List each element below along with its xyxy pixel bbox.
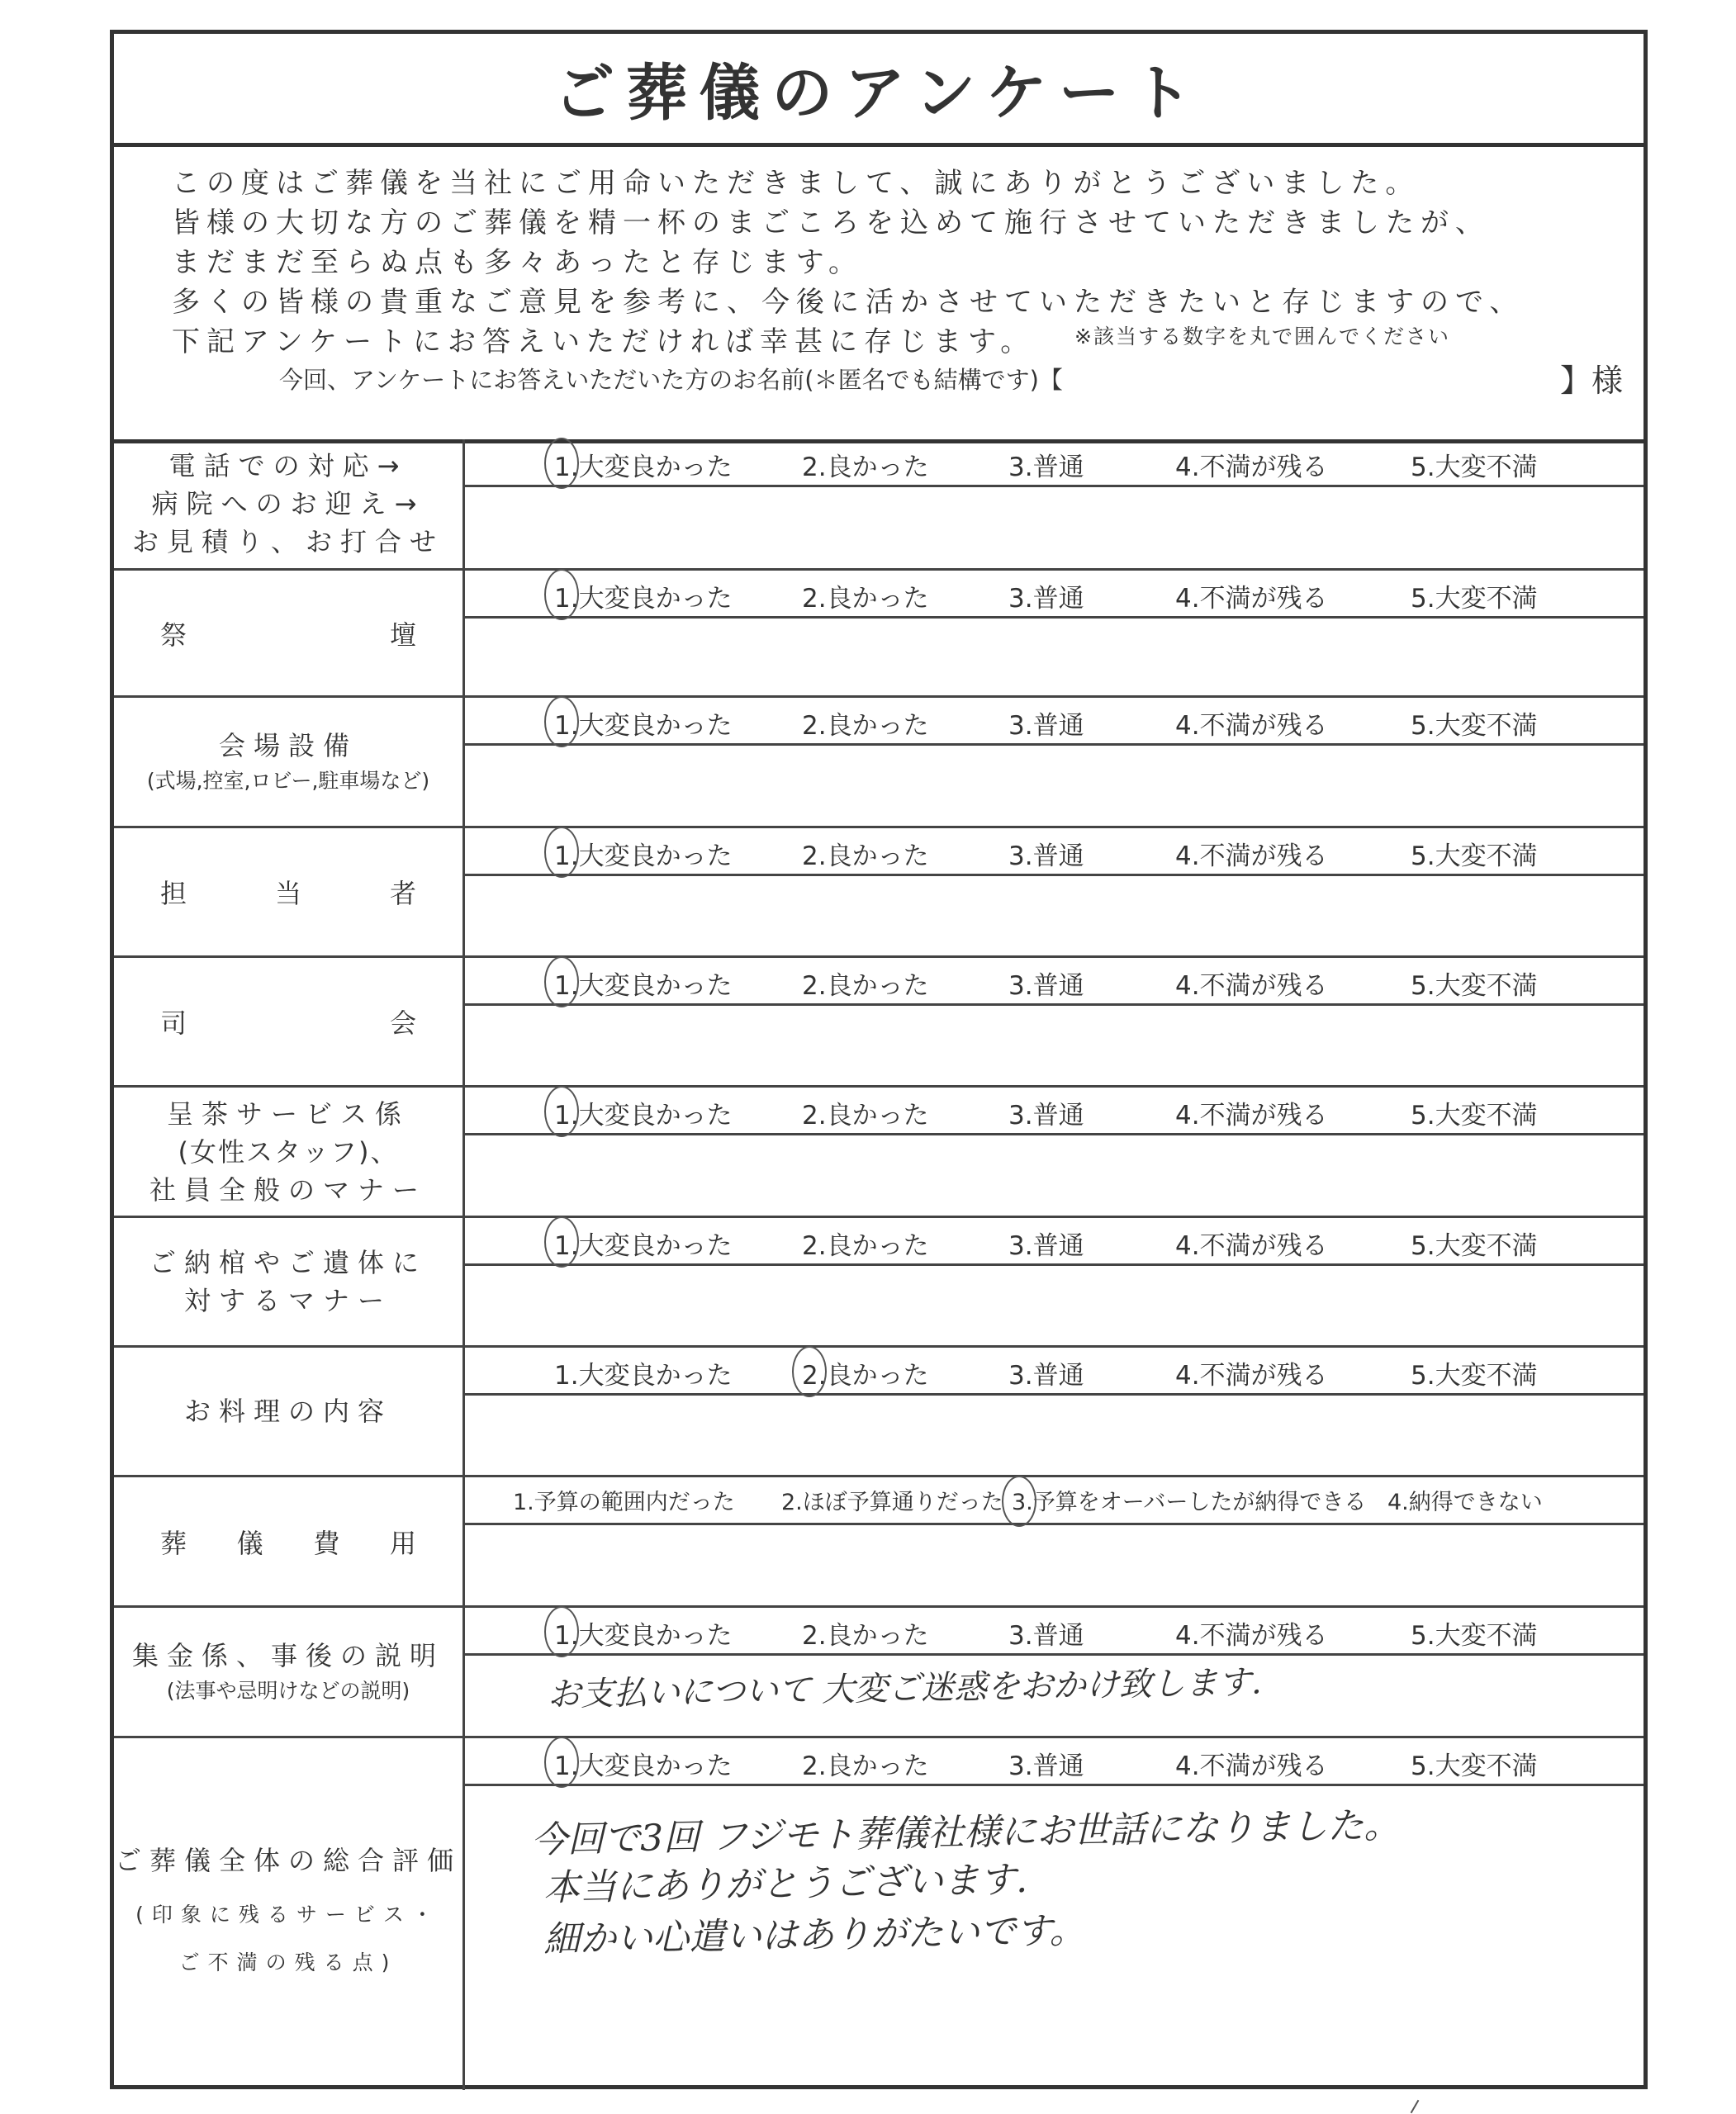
comment-area[interactable]: [465, 487, 1644, 568]
question-label-text: 担当者: [160, 873, 416, 911]
question-label-text: 司会: [160, 1002, 416, 1040]
rating-option-selected[interactable]: 1.大変良かった: [554, 1225, 733, 1262]
label-char: 司: [160, 1002, 187, 1040]
question-label-text: 電話での対応→: [169, 447, 408, 485]
rating-options: 1.予算の範囲内だった2.ほぼ予算通りだった3.予算をオーバーしたが納得できる4…: [465, 1477, 1644, 1525]
rating-option[interactable]: 4.不満が残る: [1175, 835, 1328, 872]
survey-row: 呈茶サービス係(女性スタッフ)、社員全般のマナー1.大変良かった2.良かった3.…: [114, 1088, 1644, 1218]
instruction-note: ※該当する数字を丸で囲んでください: [1074, 320, 1450, 350]
label-char: 壇: [390, 614, 416, 652]
rating-option-selected[interactable]: 1.大変良かった: [554, 965, 733, 1002]
survey-row: 担当者1.大変良かった2.良かった3.普通4.不満が残る5.大変不満: [114, 828, 1644, 958]
comment-area[interactable]: [465, 1525, 1644, 1605]
rating-option[interactable]: 3.普通: [1008, 446, 1084, 483]
question-label: 集金係、事後の説明(法事や忌明けなどの説明): [114, 1608, 465, 1736]
rating-options: 1.大変良かった2.良かった3.普通4.不満が残る5.大変不満: [465, 1088, 1644, 1135]
comment-area[interactable]: お支払いについて 大変ご迷惑をおかけ致します.: [465, 1656, 1644, 1736]
question-label-text: ご葬儀全体の総合評価: [115, 1841, 462, 1879]
question-label-text: 会場設備: [219, 727, 358, 765]
handwritten-comment: 本当にありがとうございます.: [543, 1850, 1027, 1911]
rating-option-selected[interactable]: 1.大変良かった: [554, 1094, 733, 1131]
question-label: 呈茶サービス係(女性スタッフ)、社員全般のマナー: [114, 1088, 465, 1216]
rating-options: 1.大変良かった2.良かった3.普通4.不満が残る5.大変不満: [465, 1738, 1644, 1786]
rating-options: 1.大変良かった2.良かった3.普通4.不満が残る5.大変不満: [465, 1608, 1644, 1656]
label-char: 会: [390, 1002, 416, 1040]
title-bar: ご葬儀のアンケート: [114, 34, 1644, 147]
label-char: 用: [390, 1523, 416, 1561]
label-char: 当: [275, 873, 301, 911]
rating-option[interactable]: 4.不満が残る: [1175, 965, 1328, 1002]
rating-options: 1.大変良かった2.良かった3.普通4.不満が残る5.大変不満: [465, 698, 1644, 746]
rating-option[interactable]: 5.大変不満: [1411, 446, 1538, 483]
comment-area[interactable]: [465, 1396, 1644, 1475]
rating-option[interactable]: 2.良かった: [802, 704, 929, 742]
survey-row: ご納棺やご遺体に対するマナー1.大変良かった2.良かった3.普通4.不満が残る5…: [114, 1218, 1644, 1348]
rating-option[interactable]: 5.大変不満: [1411, 835, 1538, 872]
rating-option[interactable]: 5.大変不満: [1411, 1094, 1538, 1131]
comment-area[interactable]: [465, 1266, 1644, 1345]
comment-area[interactable]: [465, 1006, 1644, 1085]
rating-option[interactable]: 5.大変不満: [1411, 704, 1538, 742]
rating-option[interactable]: 4.納得できない: [1387, 1484, 1543, 1516]
rating-option-selected[interactable]: 2.良かった: [802, 1354, 929, 1391]
rating-option[interactable]: 3.普通: [1008, 965, 1084, 1002]
rating-option[interactable]: 4.不満が残る: [1175, 704, 1328, 742]
question-label-text: 呈茶サービス係: [167, 1095, 410, 1133]
survey-row: 葬儀費用1.予算の範囲内だった2.ほぼ予算通りだった3.予算をオーバーしたが納得…: [114, 1477, 1644, 1608]
rating-option[interactable]: 3.普通: [1008, 704, 1084, 742]
question-sublabel: (式場,控室,ロビー,駐車場など): [147, 765, 429, 798]
survey-row: 会場設備(式場,控室,ロビー,駐車場など)1.大変良かった2.良かった3.普通4…: [114, 698, 1644, 828]
rating-option-selected[interactable]: 1.大変良かった: [554, 577, 733, 614]
rating-option[interactable]: 2.良かった: [802, 1225, 929, 1262]
rating-option[interactable]: 5.大変不満: [1411, 1745, 1538, 1782]
rating-option[interactable]: 3.普通: [1008, 1354, 1084, 1391]
stray-pen-mark: [1411, 2100, 1420, 2114]
rating-options: 1.大変良かった2.良かった3.普通4.不満が残る5.大変不満: [465, 958, 1644, 1006]
rating-option[interactable]: 3.普通: [1008, 577, 1084, 614]
survey-row: お料理の内容1.大変良かった2.良かった3.普通4.不満が残る5.大変不満: [114, 1348, 1644, 1477]
question-sublabel: (印象に残るサービス・: [135, 1891, 441, 1939]
rating-option-selected[interactable]: 1.大変良かった: [554, 1614, 733, 1652]
rating-option[interactable]: 4.不満が残る: [1175, 1354, 1328, 1391]
rating-option[interactable]: 4.不満が残る: [1175, 446, 1328, 483]
comment-area[interactable]: 今回で3回 フジモト葬儀社様にお世話になりました。本当にありがとうございます.細…: [465, 1786, 1644, 2090]
label-char: 儀: [237, 1523, 263, 1561]
rating-option-selected[interactable]: 1.大変良かった: [554, 835, 733, 872]
rating-option[interactable]: 3.普通: [1008, 1745, 1084, 1782]
survey-form: ご葬儀のアンケート この度はご葬儀を当社にご用命いただきまして、誠にありがとうご…: [110, 30, 1648, 2089]
comment-area[interactable]: [465, 746, 1644, 826]
name-prompt-label: 今回、アンケートにお答えいただいた方のお名前(＊匿名でも結構です)【: [279, 366, 1063, 394]
respondent-name-prompt: 今回、アンケートにお答えいただいた方のお名前(＊匿名でも結構です)【: [279, 362, 1063, 396]
comment-area[interactable]: [465, 1135, 1644, 1216]
rating-option[interactable]: 5.大変不満: [1411, 577, 1538, 614]
rating-option[interactable]: 2.良かった: [802, 1614, 929, 1652]
rating-option[interactable]: 5.大変不満: [1411, 1354, 1538, 1391]
intro-line: 多くの皆様の貴重なご意見を参考に、今後に活かさせていただきたいと存じますので、: [172, 282, 1524, 322]
rating-option[interactable]: 3.普通: [1008, 835, 1084, 872]
question-label: 祭壇: [114, 571, 465, 695]
survey-row: 集金係、事後の説明(法事や忌明けなどの説明)1.大変良かった2.良かった3.普通…: [114, 1608, 1644, 1738]
rating-option[interactable]: 5.大変不満: [1411, 1225, 1538, 1262]
name-suffix: 】様: [1560, 355, 1623, 401]
label-char: 者: [390, 873, 416, 911]
handwritten-comment: 細かい心遣いはありがたいです。: [543, 1900, 1086, 1962]
question-label-text: お見積り、お打合せ: [132, 523, 444, 561]
intro-line: この度はご葬儀を当社にご用命いただきまして、誠にありがとうございました。: [172, 164, 1524, 203]
question-label-text: 集金係、事後の説明: [132, 1637, 444, 1675]
question-label: ご葬儀全体の総合評価(印象に残るサービス・ご不満の残る点): [114, 1738, 465, 2090]
question-label: 葬儀費用: [114, 1477, 465, 1605]
question-label-text: 対するマナー: [184, 1282, 392, 1320]
rating-option[interactable]: 2.良かった: [802, 965, 929, 1002]
label-char: 費: [313, 1523, 339, 1561]
rating-option[interactable]: 4.不満が残る: [1175, 1614, 1328, 1652]
rating-option[interactable]: 2.良かった: [802, 835, 929, 872]
question-label: 電話での対応→病院へのお迎え→お見積り、お打合せ: [114, 439, 465, 568]
question-label-text: 病院へのお迎え→: [152, 485, 425, 523]
question-label-text: 社員全般のマナー: [149, 1171, 427, 1209]
rating-option[interactable]: 4.不満が残る: [1175, 1745, 1328, 1782]
label-char: 祭: [160, 614, 187, 652]
question-label-text: 祭壇: [160, 614, 416, 652]
rating-option[interactable]: 3.普通: [1008, 1094, 1084, 1131]
rating-options: 1.大変良かった2.良かった3.普通4.不満が残る5.大変不満: [465, 1218, 1644, 1266]
rating-option[interactable]: 4.不満が残る: [1175, 1094, 1328, 1131]
rating-option[interactable]: 4.不満が残る: [1175, 577, 1328, 614]
comment-area[interactable]: [465, 876, 1644, 955]
question-label: ご納棺やご遺体に対するマナー: [114, 1218, 465, 1345]
rating-option[interactable]: 2.ほぼ予算通りだった: [781, 1484, 1003, 1516]
rating-option[interactable]: 1.予算の範囲内だった: [513, 1484, 735, 1516]
rating-option[interactable]: 3.普通: [1008, 1614, 1084, 1652]
intro-line: まだまだ至らぬ点も多々あったと存じます。: [172, 243, 1524, 282]
survey-row: 祭壇1.大変良かった2.良かった3.普通4.不満が残る5.大変不満: [114, 571, 1644, 698]
survey-row: 司会1.大変良かった2.良かった3.普通4.不満が残る5.大変不満: [114, 958, 1644, 1088]
question-label-text: ご納棺やご遺体に: [149, 1244, 427, 1282]
intro-line: 皆様の大切な方のご葬儀を精一杯のまごころを込めて施行させていただきましたが、: [172, 203, 1524, 243]
question-label: お料理の内容: [114, 1348, 465, 1475]
label-char: 担: [160, 873, 187, 911]
rating-option[interactable]: 2.良かった: [802, 1745, 929, 1782]
rating-option[interactable]: 5.大変不満: [1411, 1614, 1538, 1652]
rating-option-selected[interactable]: 1.大変良かった: [554, 1745, 733, 1782]
page-title: ご葬儀のアンケート: [553, 45, 1204, 132]
handwritten-comment: お支払いについて 大変ご迷惑をおかけ致します.: [548, 1656, 1263, 1715]
rating-options: 1.大変良かった2.良かった3.普通4.不満が残る5.大変不満: [465, 1348, 1644, 1396]
rating-option-selected[interactable]: 1.大変良かった: [554, 704, 733, 742]
rating-options: 1.大変良かった2.良かった3.普通4.不満が残る5.大変不満: [465, 828, 1644, 876]
survey-row: 電話での対応→病院へのお迎え→お見積り、お打合せ1.大変良かった2.良かった3.…: [114, 439, 1644, 571]
intro-section: この度はご葬儀を当社にご用命いただきまして、誠にありがとうございました。 皆様の…: [114, 147, 1644, 443]
label-char: 葬: [160, 1523, 187, 1561]
question-label: 司会: [114, 958, 465, 1085]
survey-rows: 電話での対応→病院へのお迎え→お見積り、お打合せ1.大変良かった2.良かった3.…: [114, 439, 1644, 2085]
rating-option-selected[interactable]: 3.予算をオーバーしたが納得できる: [1012, 1484, 1366, 1516]
question-label: 会場設備(式場,控室,ロビー,駐車場など): [114, 698, 465, 826]
survey-row: ご葬儀全体の総合評価(印象に残るサービス・ご不満の残る点)1.大変良かった2.良…: [114, 1738, 1644, 2090]
question-label-text: お料理の内容: [184, 1392, 392, 1430]
question-label-text: 葬儀費用: [160, 1523, 416, 1561]
comment-area[interactable]: [465, 619, 1644, 695]
rating-option[interactable]: 2.良かった: [802, 446, 929, 483]
rating-option[interactable]: 1.大変良かった: [554, 1354, 733, 1391]
question-label: 担当者: [114, 828, 465, 955]
rating-options: 1.大変良かった2.良かった3.普通4.不満が残る5.大変不満: [465, 571, 1644, 619]
rating-option[interactable]: 3.普通: [1008, 1225, 1084, 1262]
question-label-text: (女性スタッフ)、: [178, 1133, 399, 1171]
rating-option[interactable]: 2.良かった: [802, 577, 929, 614]
rating-option[interactable]: 4.不満が残る: [1175, 1225, 1328, 1262]
rating-option[interactable]: 2.良かった: [802, 1094, 929, 1131]
rating-option[interactable]: 5.大変不満: [1411, 965, 1538, 1002]
question-sublabel: ご不満の残る点): [179, 1939, 398, 1987]
rating-options: 1.大変良かった2.良かった3.普通4.不満が残る5.大変不満: [465, 439, 1644, 487]
rating-option-selected[interactable]: 1.大変良かった: [554, 446, 733, 483]
question-sublabel: (法事や忌明けなどの説明): [167, 1675, 410, 1708]
